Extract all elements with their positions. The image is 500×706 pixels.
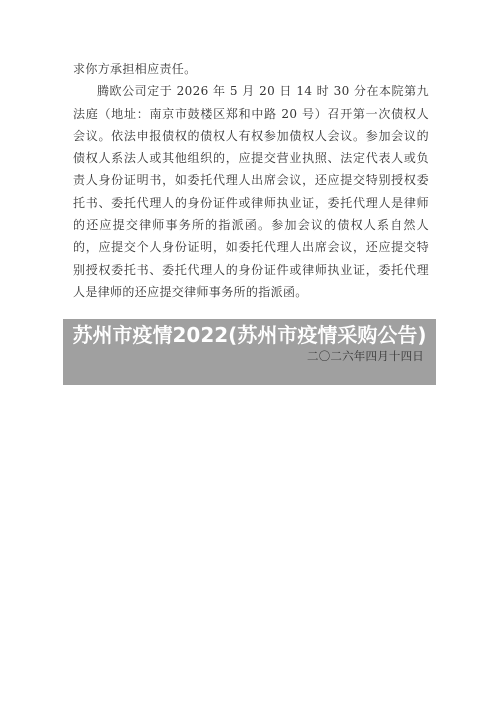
document-body: 求你方承担相应责任。 腾欧公司定于 2026 年 5 月 20 日 14 时 3… <box>73 58 429 303</box>
title-banner: 苏州市疫情2022(苏州市疫情采购公告) 二〇二六年四月十四日 <box>63 319 436 385</box>
document-date: 二〇二六年四月十四日 <box>307 348 424 364</box>
paragraph-responsibility: 求你方承担相应责任。 <box>73 58 429 80</box>
paragraph-meeting-notice: 腾欧公司定于 2026 年 5 月 20 日 14 时 30 分在本院第九法庭（… <box>73 80 429 303</box>
document-page: 求你方承担相应责任。 腾欧公司定于 2026 年 5 月 20 日 14 时 3… <box>0 0 500 706</box>
banner-title: 苏州市疫情2022(苏州市疫情采购公告) <box>63 321 436 350</box>
